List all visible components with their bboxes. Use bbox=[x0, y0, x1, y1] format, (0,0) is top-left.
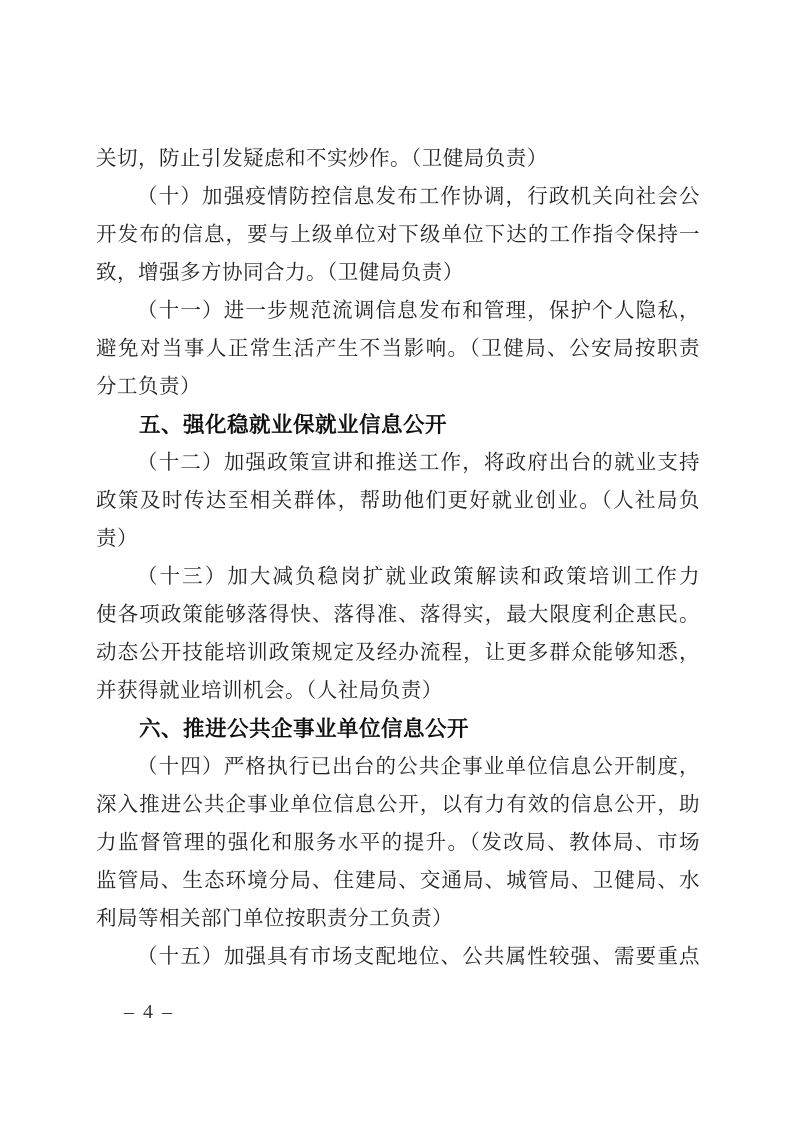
page-number: – 4 – bbox=[124, 1000, 174, 1024]
text-line: 致，增强多方协同合力。（卫健局负责） bbox=[96, 254, 700, 292]
text-line: 分工负责） bbox=[96, 368, 700, 406]
text-line: （十三）加大减负稳岗扩就业政策解读和政策培训工作力度， bbox=[96, 558, 700, 596]
text-line: （十）加强疫情防控信息发布工作协调，行政机关向社会公 bbox=[96, 178, 700, 216]
text-line: （十二）加强政策宣讲和推送工作，将政府出台的就业支持 bbox=[96, 444, 700, 482]
text-line: 监管局、生态环境分局、住建局、交通局、城管局、卫健局、水 bbox=[96, 862, 700, 900]
text-line: 力监督管理的强化和服务水平的提升。（发改局、教体局、市场 bbox=[96, 824, 700, 862]
text-line: 避免对当事人正常生活产生不当影响。（卫健局、公安局按职责 bbox=[96, 330, 700, 368]
text-line: 政策及时传达至相关群体，帮助他们更好就业创业。（人社局负 bbox=[96, 482, 700, 520]
section-heading: 五、强化稳就业保就业信息公开 bbox=[96, 406, 700, 444]
text-line: （十一）进一步规范流调信息发布和管理，保护个人隐私， bbox=[96, 292, 700, 330]
text-line: 使各项政策能够落得快、落得准、落得实，最大限度利企惠民。 bbox=[96, 596, 700, 634]
text-line: 开发布的信息，要与上级单位对下级单位下达的工作指令保持一 bbox=[96, 216, 700, 254]
text-line: 并获得就业培训机会。（人社局负责） bbox=[96, 672, 700, 710]
text-line: 责） bbox=[96, 520, 700, 558]
text-line: （十四）严格执行已出台的公共企事业单位信息公开制度， bbox=[96, 748, 700, 786]
text-line: 利局等相关部门单位按职责分工负责） bbox=[96, 900, 700, 938]
document-lines: 关切，防止引发疑虑和不实炒作。（卫健局负责）（十）加强疫情防控信息发布工作协调，… bbox=[96, 140, 700, 976]
document-page: 关切，防止引发疑虑和不实炒作。（卫健局负责）（十）加强疫情防控信息发布工作协调，… bbox=[0, 0, 793, 1122]
section-heading: 六、推进公共企事业单位信息公开 bbox=[96, 710, 700, 748]
text-line: 深入推进公共企事业单位信息公开，以有力有效的信息公开，助 bbox=[96, 786, 700, 824]
text-line: （十五）加强具有市场支配地位、公共属性较强、需要重点 bbox=[96, 938, 700, 976]
text-line: 关切，防止引发疑虑和不实炒作。（卫健局负责） bbox=[96, 140, 700, 178]
text-line: 动态公开技能培训政策规定及经办流程，让更多群众能够知悉， bbox=[96, 634, 700, 672]
